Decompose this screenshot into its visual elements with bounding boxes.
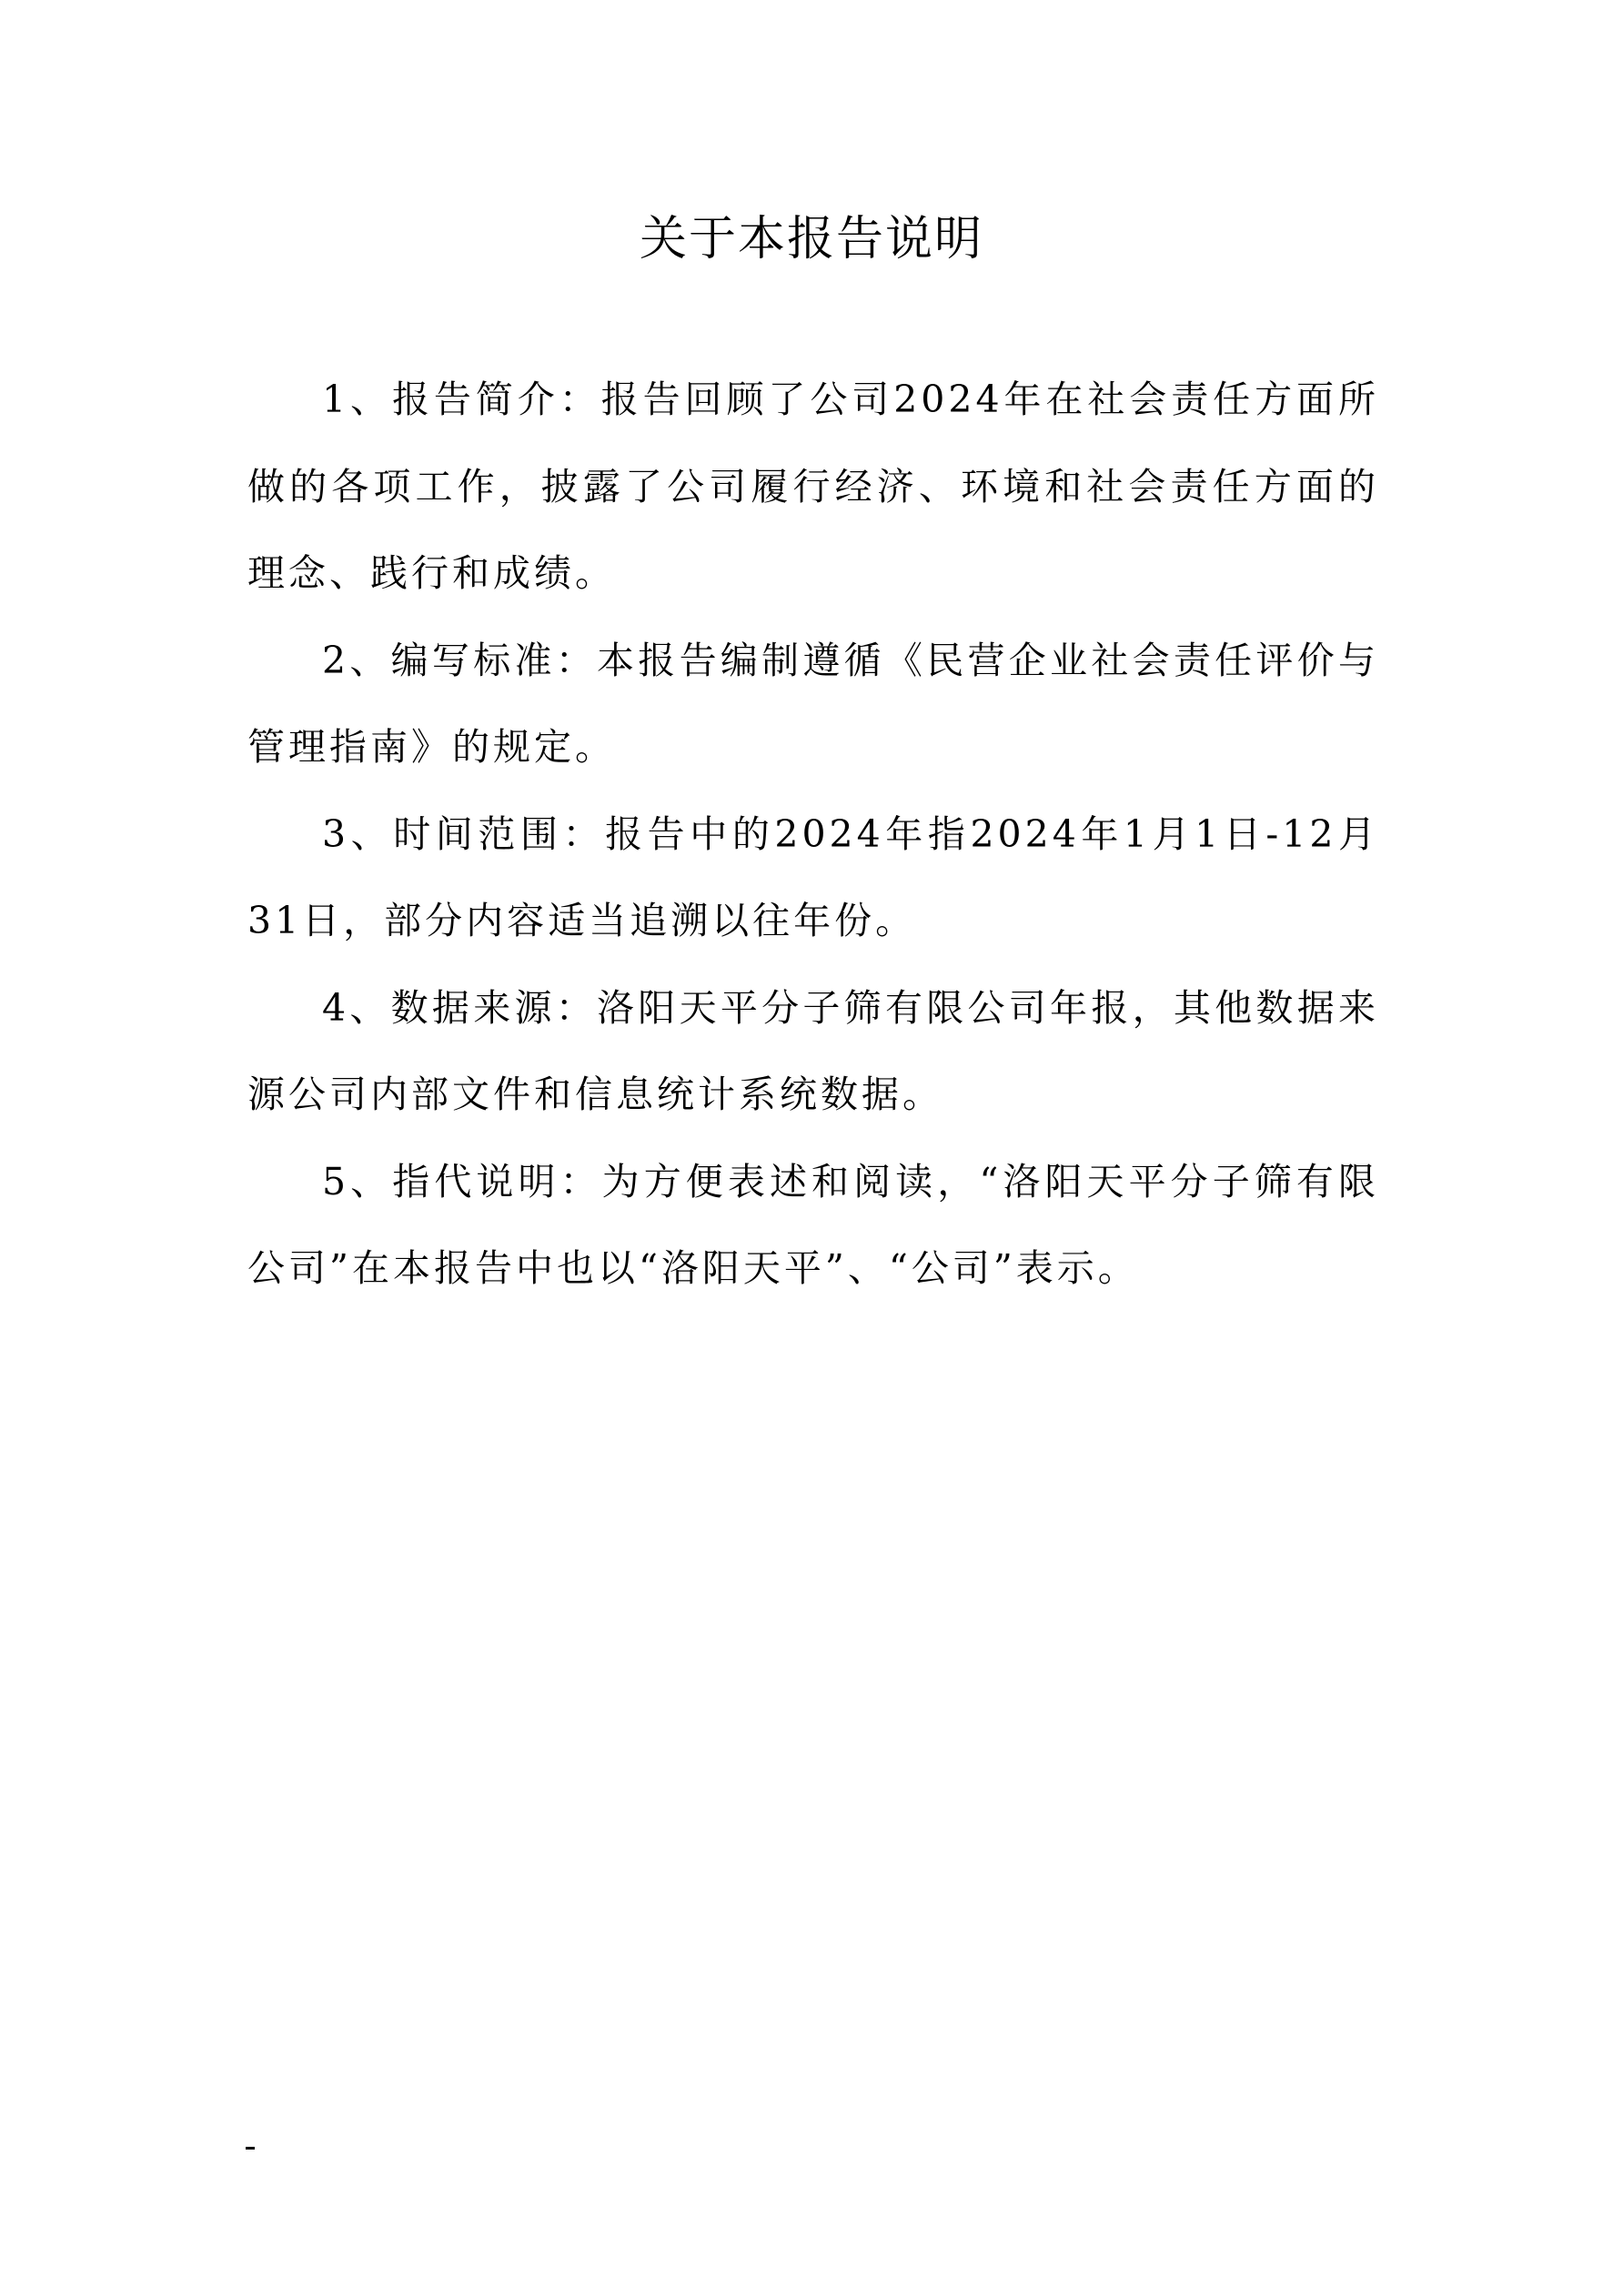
footer-dash-mark xyxy=(246,2147,255,2150)
paragraph-time-range: 3、时间范围：报告中的2024年指2024年1月1日-12月31日，部分内容适当… xyxy=(247,791,1379,965)
paragraph-reference-note: 5、指代说明：为方便表述和阅读，“洛阳天平分子筛有限公司”在本报告中也以“洛阳天… xyxy=(247,1139,1379,1313)
page-title: 关于本报告说明 xyxy=(0,207,1623,271)
report-body: 1、报告简介：报告回顾了公司2024年在社会责任方面所做的各项工作，披露了公司履… xyxy=(247,357,1379,1313)
paragraph-writing-standard: 2、编写标准：本报告编制遵循《民营企业社会责任评价与管理指南》的规定。 xyxy=(247,618,1379,791)
paragraph-report-intro: 1、报告简介：报告回顾了公司2024年在社会责任方面所做的各项工作，披露了公司履… xyxy=(247,357,1379,618)
paragraph-data-source: 4、数据来源：洛阳天平分子筛有限公司年报，其他数据来源公司内部文件和信息统计系统… xyxy=(247,965,1379,1139)
